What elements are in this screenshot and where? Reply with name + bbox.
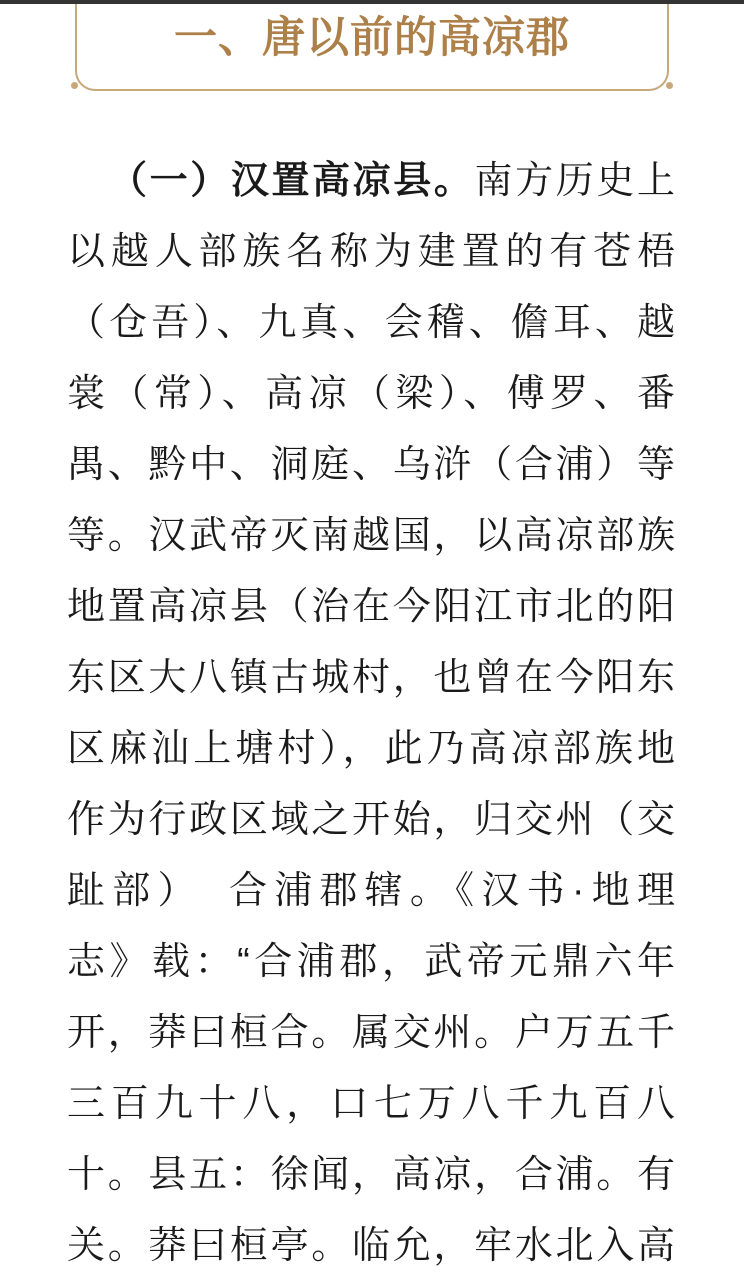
text-segment: （仓吾）、九真、会稽、儋耳、越 bbox=[67, 302, 675, 344]
text-segment: 区麻汕上塘村），此乃高凉部族地 bbox=[67, 728, 675, 770]
text-line: 开，莽曰桓合。属交州。户万五千 bbox=[67, 998, 675, 1069]
frame-bottom-line bbox=[95, 89, 649, 91]
text-segment: 十。县五：徐闻，高凉，合浦。有 bbox=[67, 1154, 675, 1196]
text-line: 地置高凉县（治在今阳江市北的阳 bbox=[67, 572, 675, 643]
text-segment: 趾部） 合浦郡辖。《汉书·地理 bbox=[67, 870, 675, 912]
text-segment: 开，莽曰桓合。属交州。户万五千 bbox=[67, 1012, 675, 1054]
text-line: 禺、黔中、洞庭、乌浒（合浦）等 bbox=[67, 430, 675, 501]
text-line: 以越人部族名称为建置的有苍梧 bbox=[67, 217, 675, 288]
text-segment: 关。莽曰桓亭。临允，牢水北入高 bbox=[67, 1225, 675, 1267]
text-segment: 禺、黔中、洞庭、乌浒（合浦）等 bbox=[67, 444, 675, 486]
corner-dot-right bbox=[666, 82, 673, 89]
text-line: 东区大八镇古城村，也曾在今阳东 bbox=[67, 643, 675, 714]
text-line: 十。县五：徐闻，高凉，合浦。有 bbox=[67, 1140, 675, 1211]
text-segment: 东区大八镇古城村，也曾在今阳东 bbox=[67, 657, 675, 699]
text-line: 裳（常）、高凉（梁）、傅罗、番 bbox=[67, 359, 675, 430]
text-segment: 裳（常）、高凉（梁）、傅罗、番 bbox=[67, 373, 675, 415]
article-body: （一）汉置高凉县。南方历史上以越人部族名称为建置的有苍梧（仓吾）、九真、会稽、儋… bbox=[67, 146, 675, 1280]
frame-bottom-left-corner bbox=[75, 69, 95, 91]
text-segment: 南方历史上 bbox=[475, 160, 675, 202]
text-line: 等。汉武帝灭南越国，以高凉部族 bbox=[67, 501, 675, 572]
text-segment: 以越人部族名称为建置的有苍梧 bbox=[67, 231, 675, 273]
text-segment: 三百九十八，口七万八千九百八 bbox=[67, 1083, 675, 1125]
section-header: 一、唐以前的高凉郡 bbox=[0, 4, 744, 92]
text-segment: 作为行政区域之开始，归交州（交 bbox=[67, 799, 675, 841]
text-line: 关。莽曰桓亭。临允，牢水北入高 bbox=[67, 1211, 675, 1280]
text-line: 区麻汕上塘村），此乃高凉部族地 bbox=[67, 714, 675, 785]
text-line: 作为行政区域之开始，归交州（交 bbox=[67, 785, 675, 856]
text-line: 志》载：“合浦郡，武帝元鼎六年 bbox=[67, 927, 675, 998]
text-line: 趾部） 合浦郡辖。《汉书·地理 bbox=[67, 856, 675, 927]
text-line: 三百九十八，口七万八千九百八 bbox=[67, 1069, 675, 1140]
text-segment-bold: （一）汉置高凉县。 bbox=[109, 160, 475, 202]
text-segment: 地置高凉县（治在今阳江市北的阳 bbox=[67, 586, 675, 628]
corner-dot-left bbox=[71, 82, 78, 89]
text-line: （仓吾）、九真、会稽、儋耳、越 bbox=[67, 288, 675, 359]
text-line: （一）汉置高凉县。南方历史上 bbox=[67, 146, 675, 217]
text-segment: 志》载：“合浦郡，武帝元鼎六年 bbox=[67, 941, 675, 983]
text-segment: 等。汉武帝灭南越国，以高凉部族 bbox=[67, 515, 675, 557]
section-title: 一、唐以前的高凉郡 bbox=[0, 12, 744, 64]
